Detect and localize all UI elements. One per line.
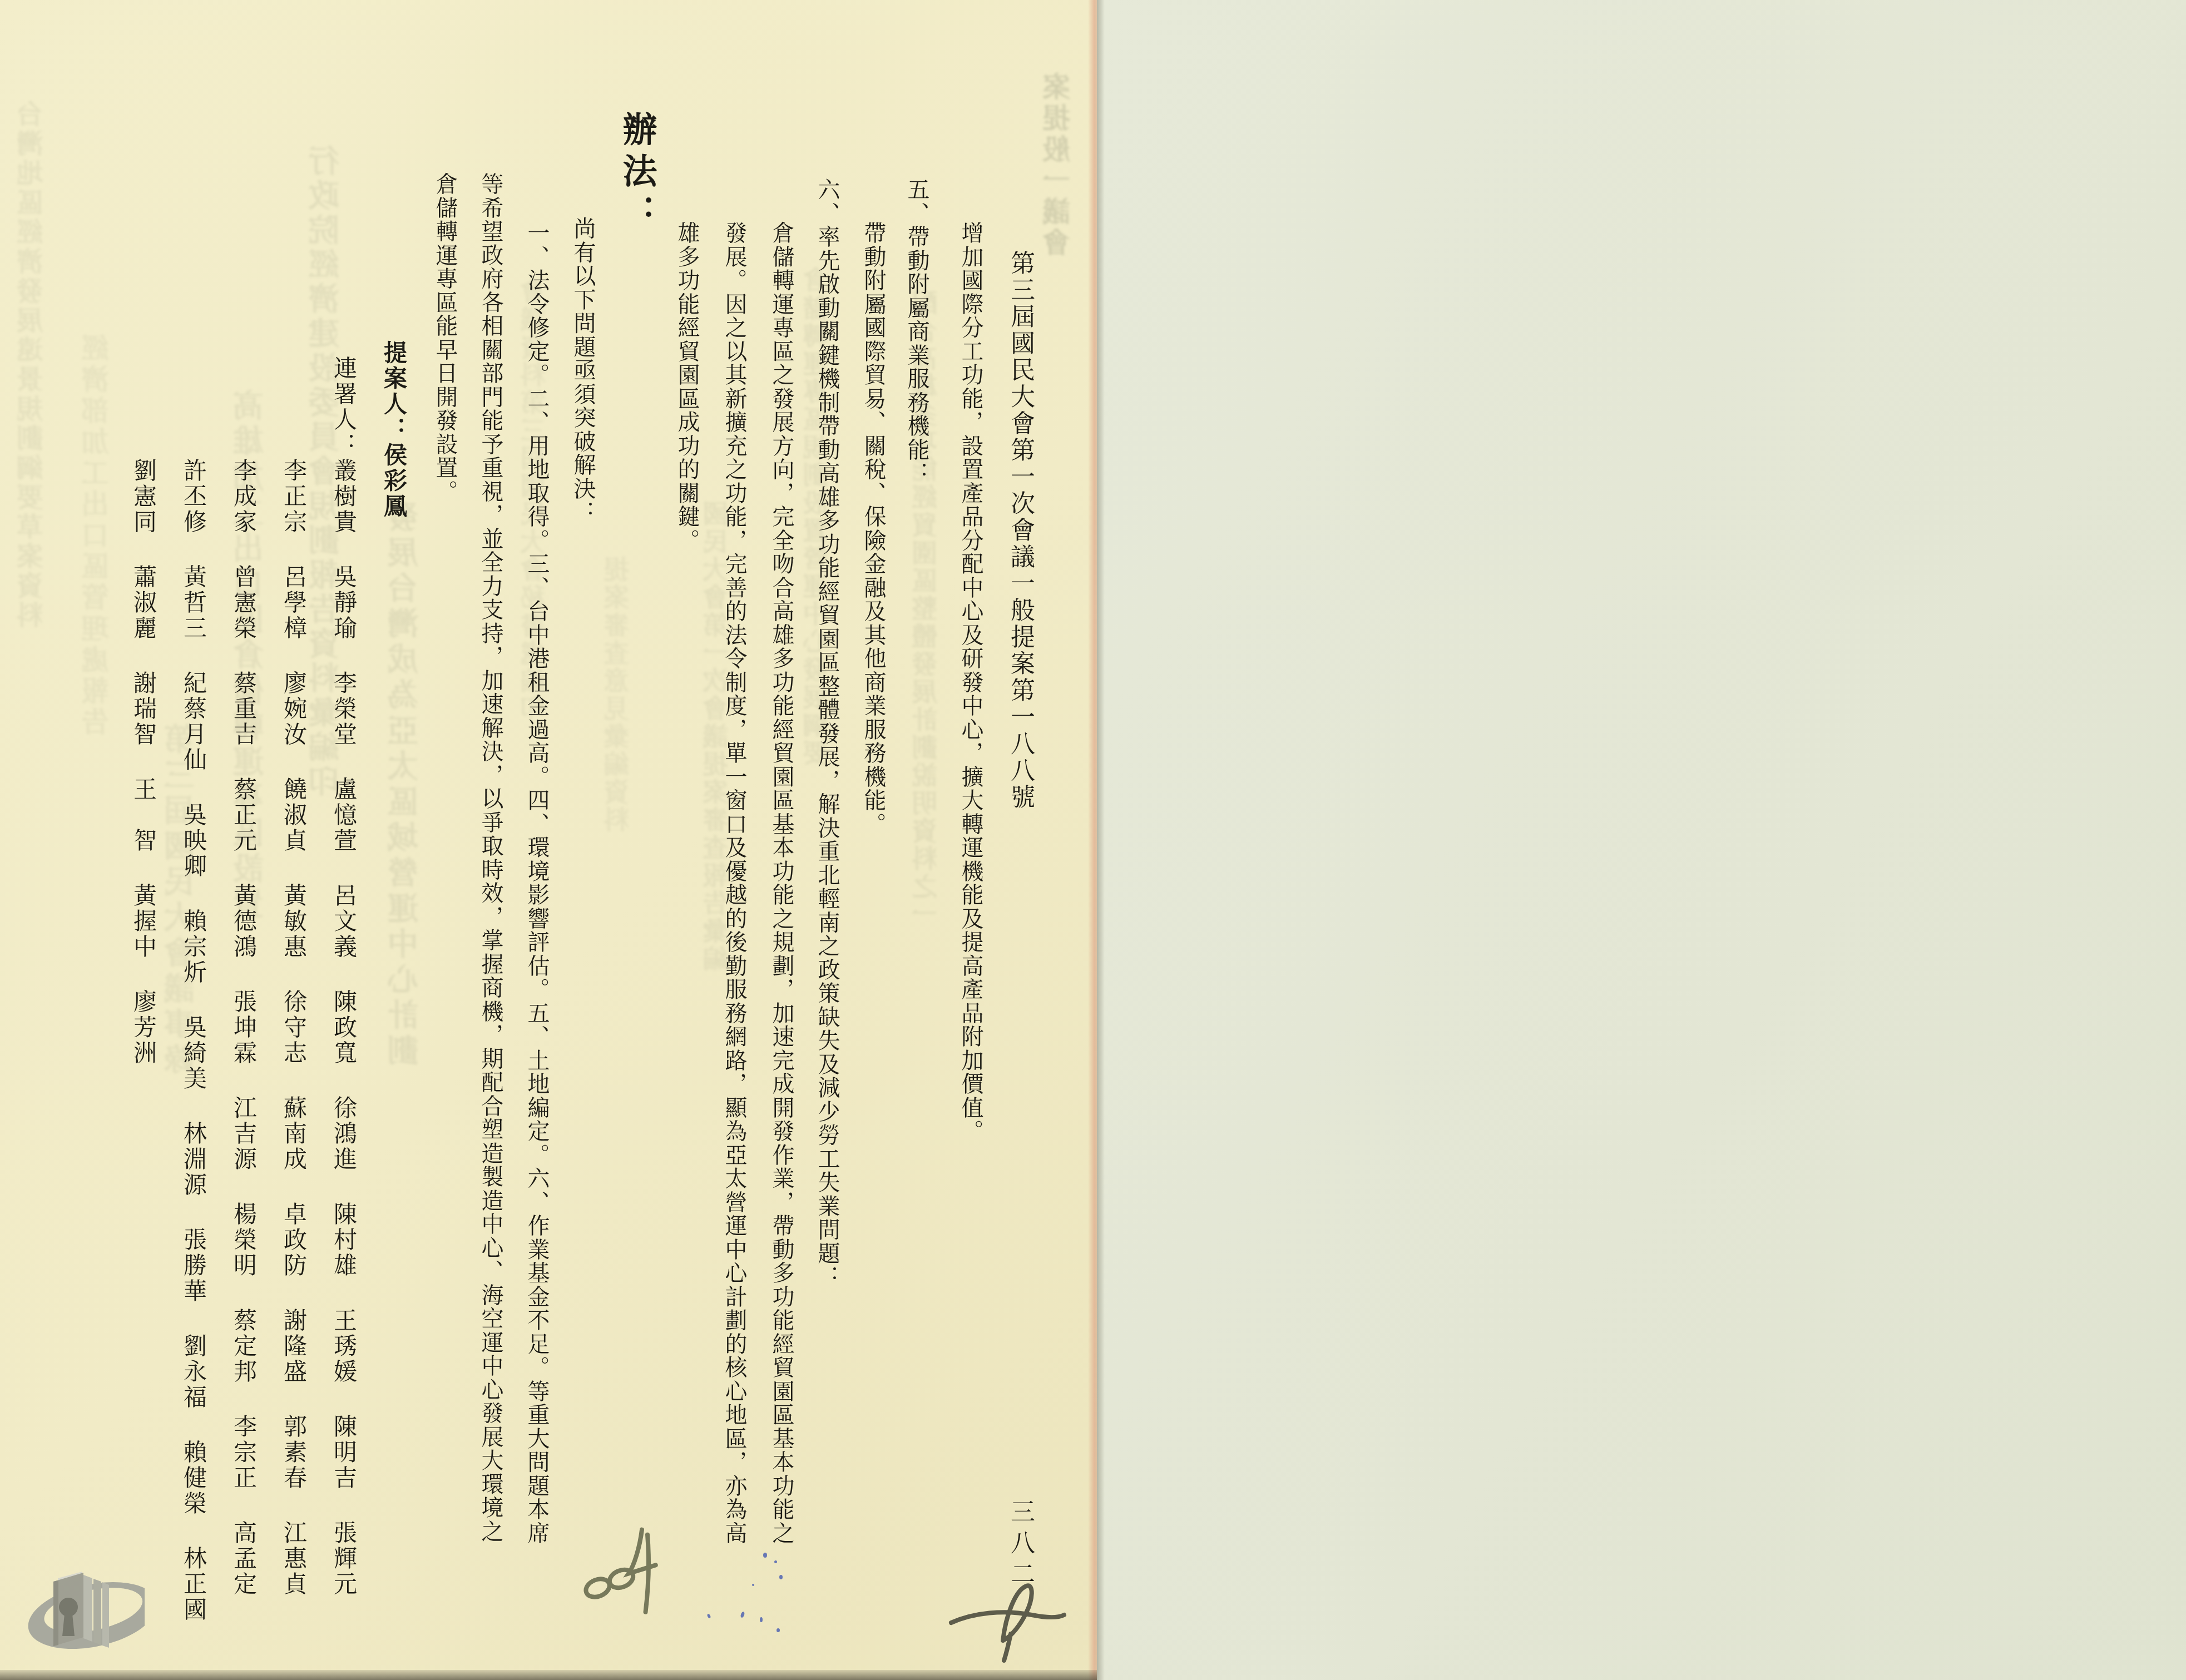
measures-column: 倉儲轉運專區能早日開發設置。 xyxy=(434,172,456,503)
archive-watermark-logo xyxy=(0,1558,145,1676)
page-left: 案提般一議會 配合高雄多功能經貿園區整體發展計劃說明資料之一 倉儲轉運專區規劃設… xyxy=(0,0,1097,1680)
measures-column: 一、法令修定。二、用地取得。三、台中港租金過高。四、環境影響評估。五、土地編定。… xyxy=(526,221,548,1545)
scan-edge-shadow xyxy=(0,1670,1097,1680)
page-edge xyxy=(1088,0,1097,1680)
ink-speck xyxy=(707,1613,711,1618)
ink-speck xyxy=(752,1584,754,1586)
scribble-mark xyxy=(948,1567,1068,1664)
bleed-through-text: 案提般一議會 xyxy=(1045,72,1072,259)
page-seam xyxy=(1097,0,1105,1680)
ink-speck xyxy=(774,1560,777,1563)
bleed-through-text: 發展台灣成為亞太區域營運中心計劃 xyxy=(389,500,421,1070)
scanned-document: 案提般一議會 配合高雄多功能經貿園區整體發展計劃說明資料之一 倉儲轉運專區規劃設… xyxy=(0,0,2186,1680)
ink-speck xyxy=(763,1553,767,1558)
cosigner-column: 劉憲同 蕭淑麗 謝瑞智 王 智 黃握中 廖芳洲 xyxy=(132,458,155,1066)
cosigner-column: 許丕修 黃哲三 紀蔡月仙 吳映卿 賴宗炘 吳綺美 林淵源 張勝華 劉永福 賴健榮… xyxy=(182,458,205,1623)
book-keyhole-icon xyxy=(0,1558,145,1676)
handwritten-code-left xyxy=(573,1513,700,1633)
page-right: 一般提案第一八八號 侯代表彩鳳等五十一人提：茲為配合政府開創經濟發展遠景，提昇國… xyxy=(1097,0,2186,1680)
cosigner-column: 李成家 曾憲榮 蔡重吉 蔡正元 黃德鴻 張坤霖 江吉源 楊榮明 蔡定邦 李宗正 … xyxy=(232,458,255,1597)
running-title: 第三屆國民大會第一次會議一般提案第一八八號 xyxy=(1008,250,1032,811)
measures-column: 等希望政府各相關部門能予重視，並全力支持，加速解決，以爭取時效，掌握商機，期配合… xyxy=(479,172,502,1543)
section-heading-banfa: 辦法： xyxy=(620,111,654,236)
body-column-item-6: 六、率先啟動關鍵機制帶動高雄多功能經貿園區整體發展，解決重北輕南之政策缺失及減少… xyxy=(816,178,838,1289)
body-column: 帶動附屬國際貿易、關稅、保險金融及其他商業服務機能。 xyxy=(862,221,884,836)
cosigner-column: 連署人：叢樹貴 吳靜瑜 李榮堂 盧憶萱 呂文義 陳政寬 徐鴻進 陳村雄 王琇媛 … xyxy=(332,356,355,1597)
ink-speck xyxy=(777,1628,780,1632)
proposer-line: 提案人：侯彩鳳 xyxy=(382,340,405,519)
body-column: 增加國際分工功能，設置產品分配中心及研發中心，擴大轉運機能及提高產品附加價值。 xyxy=(960,221,982,1143)
measures-column: 尚有以下問題亟須突破解決： xyxy=(572,217,594,524)
cosigner-column: 李正宗 呂學樟 廖婉汝 饒淑貞 黃敏惠 徐守志 蘇南成 卓政防 謝隆盛 郭素春 … xyxy=(282,458,305,1597)
ink-speck xyxy=(779,1575,783,1579)
body-column: 倉儲轉運專區之發展方向，完全吻合高雄多功能經貿園區基本功能之規劃，加速完成開發作… xyxy=(770,221,793,1545)
ink-speck xyxy=(740,1611,745,1618)
bleed-through-text: 台灣地區經濟發展遠景規劃綱要草案資料 xyxy=(19,100,46,631)
bleed-through-text: 經濟部加工出口區管理處報告 xyxy=(83,334,111,739)
body-column: 雄多功能經貿園區成功的關鍵。 xyxy=(676,221,698,552)
ink-speck xyxy=(760,1617,763,1622)
body-column: 發展。因之以其新擴充之功能，完善的法令制度，單一窗口及優越的後勤服務網路，顯為亞… xyxy=(723,221,745,1545)
bleed-through-text: 提案審查意見彙編資料 xyxy=(605,556,631,834)
body-column-item-5: 五、帶動附屬商業服務機能： xyxy=(906,178,928,485)
